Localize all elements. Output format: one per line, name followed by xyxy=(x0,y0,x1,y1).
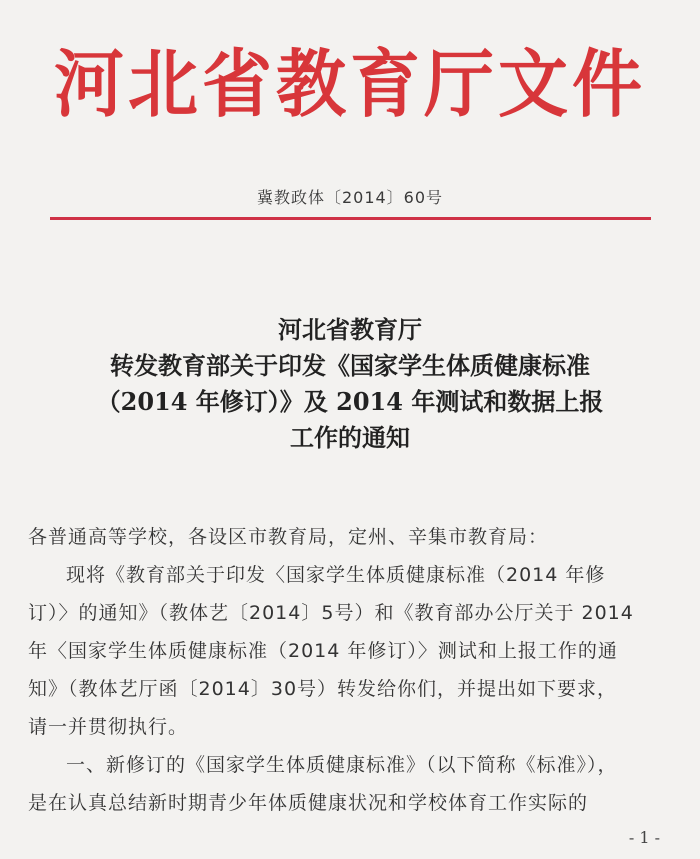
title-line: 转发教育部关于印发《国家学生体质健康标准 xyxy=(0,348,700,384)
page-number: - 1 - xyxy=(629,828,660,847)
body-line: 一、新修订的《国家学生体质健康标准》（以下简称《标准》）， xyxy=(28,746,668,784)
document-body: 各普通高等学校，各设区市教育局，定州、辛集市教育局： 现将《教育部关于印发〈国家… xyxy=(28,518,668,822)
body-line: 知》（教体艺厅函〔2014〕30号）转发给你们，并提出如下要求， xyxy=(28,670,668,708)
body-line: 请一并贯彻执行。 xyxy=(28,708,668,746)
title-line: 工作的通知 xyxy=(0,420,700,456)
document-title: 河北省教育厅 转发教育部关于印发《国家学生体质健康标准 （2014 年修订）》及… xyxy=(0,312,700,456)
red-divider-line xyxy=(50,217,651,220)
body-line: 是在认真总结新时期青少年体质健康状况和学校体育工作实际的 xyxy=(28,784,668,822)
body-line: 订）〉的通知》（教体艺〔2014〕5号）和《教育部办公厅关于 2014 xyxy=(28,594,668,632)
issuing-authority-header: 河北省教育厅文件 xyxy=(0,25,700,131)
addressee-line: 各普通高等学校，各设区市教育局，定州、辛集市教育局： xyxy=(28,518,668,556)
document-number: 冀教政体〔2014〕60号 xyxy=(0,185,700,208)
title-line: （2014 年修订）》及 2014 年测试和数据上报 xyxy=(0,384,700,420)
document-page: 河北省教育厅文件 冀教政体〔2014〕60号 河北省教育厅 转发教育部关于印发《… xyxy=(0,0,700,859)
body-line: 年〈国家学生体质健康标准（2014 年修订）〉测试和上报工作的通 xyxy=(28,632,668,670)
title-line: 河北省教育厅 xyxy=(0,312,700,348)
body-line: 现将《教育部关于印发〈国家学生体质健康标准（2014 年修 xyxy=(28,556,668,594)
